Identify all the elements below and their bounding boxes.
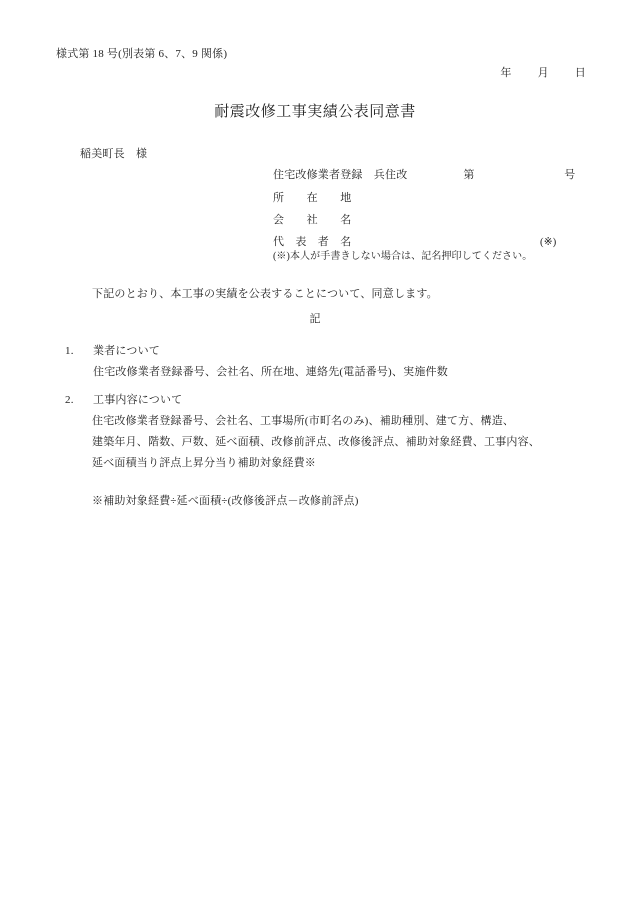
date-year-label: 年	[500, 68, 511, 79]
ki-marker: 記	[0, 314, 630, 325]
form-number: 様式第 18 号(別表第 6、7、9 関係)	[56, 49, 227, 60]
date-day-label: 日	[575, 68, 586, 79]
item-1-number: 1.	[65, 346, 74, 357]
item-1-detail: 住宅改修業者登録番号、会社名、所在地、連絡先(電話番号)、実施件数	[93, 367, 448, 378]
item-2-detail-line-2: 建築年月、階数、戸数、延べ面積、改修前評点、改修後評点、補助対象経費、工事内容、	[92, 437, 540, 448]
representative-name-label: 代 表 者 名	[273, 237, 351, 248]
consent-statement: 下記のとおり、本工事の実績を公表することについて、同意します。	[92, 289, 438, 300]
company-name-label: 会 社 名	[273, 215, 351, 226]
representative-note-mark: (※)	[540, 238, 556, 249]
item-1-heading: 業者について	[93, 346, 160, 357]
date-month-label: 月	[538, 68, 549, 79]
document-title: 耐震改修工事実績公表同意書	[0, 105, 630, 120]
address-label: 所 在 地	[273, 193, 351, 204]
document-page: 様式第 18 号(別表第 6、7、9 関係) 年 月 日 耐震改修工事実績公表同…	[0, 0, 630, 903]
item-2-heading: 工事内容について	[93, 395, 182, 406]
item-2-detail-line-1: 住宅改修業者登録番号、会社名、工事場所(市町名のみ)、補助種別、建て方、構造、	[92, 416, 514, 427]
date-line: 年 月 日	[500, 68, 586, 79]
registration-number-line: 住宅改修業者登録 兵住改 第 号	[273, 170, 575, 181]
signature-note: (※)本人が手書きしない場合は、記名押印してください。	[273, 252, 532, 262]
addressee: 稲美町長 様	[80, 149, 147, 160]
formula-note: ※補助対象経費÷延べ面積÷(改修後評点－改修前評点)	[92, 496, 359, 507]
item-2-number: 2.	[65, 395, 74, 406]
item-2-detail-line-3: 延べ面積当り評点上昇分当り補助対象経費※	[92, 458, 316, 469]
